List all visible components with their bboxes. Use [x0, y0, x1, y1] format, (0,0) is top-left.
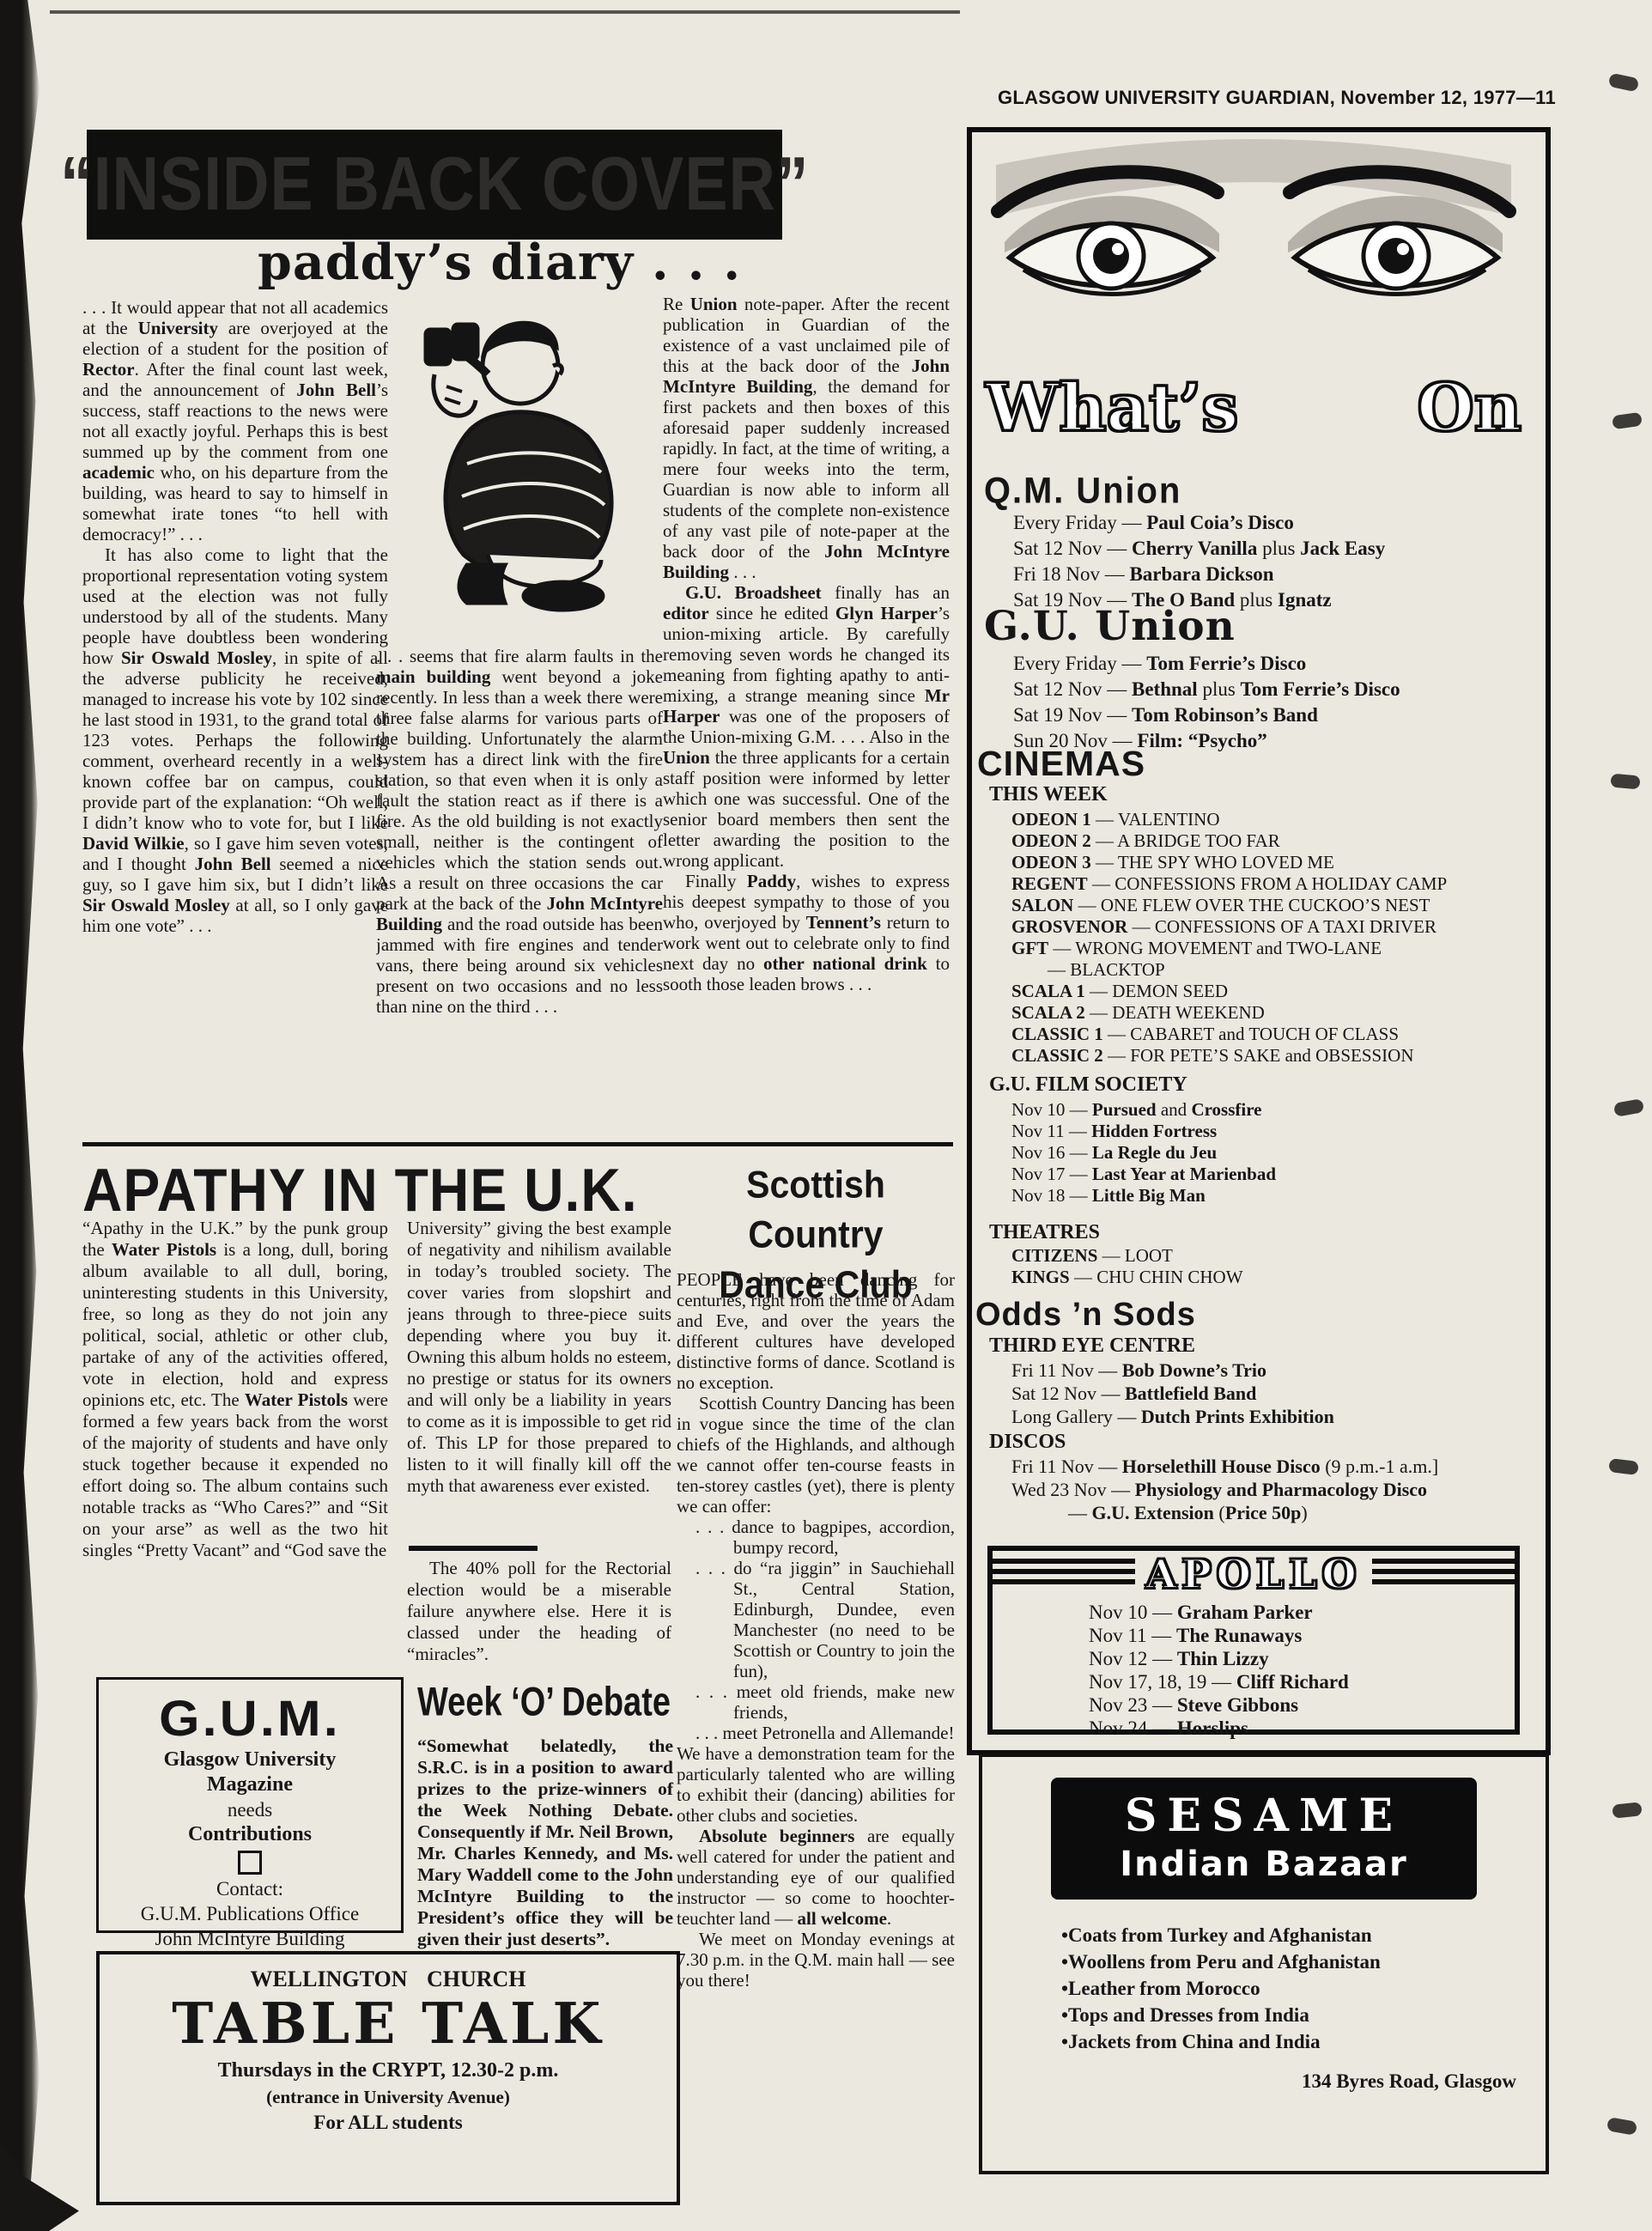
sesame-product-list: •Coats from Turkey and Afghanistan•Wooll… [982, 1922, 1546, 2055]
theatre-listing: CITIZENS — LOOT [1011, 1245, 1575, 1267]
article-paragraph: PEOPLE have been dancing for centuries, … [677, 1269, 955, 1393]
bullet-line: . . . meet old friends, make new friends… [677, 1681, 955, 1723]
table-talk-line: Thursdays in the CRYPT, 12.30-2 p.m. [100, 2056, 677, 2085]
concert-listing: Nov 23 — Steve Gibbons [1089, 1693, 1515, 1717]
cinema-listing: — BLACKTOP [1011, 959, 1575, 981]
gum-line: Contributions [99, 1822, 401, 1847]
scan-smudge [1612, 412, 1643, 430]
week-o-debate: Week ‘O’ Debate “Somewhat belatedly, the… [417, 1680, 673, 1950]
cinema-listing: GROSVENOR — CONFESSIONS OF A TAXI DRIVER [1011, 916, 1575, 938]
diary-paragraph: It has also come to light that the propo… [82, 544, 388, 936]
event-listing: Sat 12 Nov — Bethnal plus Tom Ferrie’s D… [1013, 677, 1576, 702]
event-listing: Every Friday — Tom Ferrie’s Disco [1013, 651, 1576, 677]
scan-smudge [1608, 73, 1640, 93]
whats-on-left: What’s [986, 369, 1238, 446]
gum-line: Glasgow University [99, 1748, 401, 1772]
newspaper-masthead: GLASGOW UNIVERSITY GUARDIAN, November 12… [903, 87, 1556, 109]
cinemas-heading: CINEMAS [977, 744, 1540, 784]
concert-listing: Nov 11 — The Runaways [1089, 1624, 1515, 1647]
diary-paragraph: Finally Paddy, wishes to express his dee… [663, 871, 950, 994]
gu-union-listings: Every Friday — Tom Ferrie’s DiscoSat 12 … [972, 651, 1576, 754]
dance-club-article: PEOPLE have been dancing for centuries, … [677, 1269, 955, 2224]
diary-paragraph: Re Union note-paper. After the recent pu… [663, 294, 950, 582]
concert-listing: Nov 12 — Thin Lizzy [1089, 1647, 1515, 1670]
film-society-heading: G.U. FILM SOCIETY [972, 1073, 1552, 1097]
eyes-illustration [979, 139, 1528, 366]
film-listing: Nov 16 — La Regle du Jeu [1011, 1142, 1575, 1164]
scan-edge-artifact [0, 0, 39, 2231]
bullet-line: . . . do “ra jiggin” in Sauchiehall St.,… [677, 1558, 955, 1681]
product-line: •Woollens from Peru and Afghanistan [1061, 1948, 1546, 1975]
apollo-banner: APOLLO [993, 1553, 1515, 1596]
cinema-listing: ODEON 3 — THE SPY WHO LOVED ME [1011, 852, 1575, 873]
diary-column-2: . . . seems that fire alarm faults in th… [376, 646, 663, 1142]
wellington-church-line: WELLINGTON CHURCH [100, 1967, 677, 1992]
theatres-heading: THEATRES [972, 1221, 1552, 1244]
cinema-listing: SCALA 2 — DEATH WEEKEND [1011, 1002, 1575, 1024]
product-line: •Jackets from China and India [1061, 2028, 1546, 2055]
inside-back-cover-banner: “INSIDE BACK COVER” [88, 131, 780, 238]
whats-on-right: On [1418, 369, 1521, 446]
bullet-line: . . . meet Petronella and Allemande! [677, 1723, 955, 1743]
gum-line: G.U.M. Publications Office [99, 1901, 401, 1926]
table-talk-box: WELLINGTON CHURCH TABLE TALK Thursdays i… [96, 1951, 680, 2205]
concert-listing: Nov 17, 18, 19 — Cliff Richard [1089, 1670, 1515, 1693]
event-listing: — G.U. Extension (Price 50p) [1011, 1501, 1575, 1524]
sesame-advert-box: SESAME Indian Bazaar •Coats from Turkey … [979, 1754, 1549, 2174]
event-listing: Sat 19 Nov — Tom Robinson’s Band [1013, 702, 1576, 728]
scan-smudge [1613, 1098, 1644, 1117]
theatre-listings: CITIZENS — LOOTKINGS — CHU CHIN CHOW [972, 1245, 1575, 1288]
third-eye-listings: Fri 11 Nov — Bob Downe’s TrioSat 12 Nov … [972, 1359, 1575, 1428]
event-listing: Sat 12 Nov — Cherry Vanilla plus Jack Ea… [1013, 536, 1576, 562]
table-talk-title: TABLE TALK [88, 1991, 689, 2058]
bullet-line: . . . dance to bagpipes, accordion, bump… [677, 1517, 955, 1558]
discos-heading: DISCOS [972, 1431, 1552, 1454]
scan-smudge [1612, 1802, 1642, 1818]
cinema-listing: REGENT — CONFESSIONS FROM A HOLIDAY CAMP [1011, 873, 1575, 895]
apollo-listings: Nov 10 — Graham ParkerNov 11 — The Runaw… [993, 1601, 1515, 1740]
checkbox-icon [238, 1851, 262, 1875]
film-listing: Nov 17 — Last Year at Marienbad [1011, 1164, 1575, 1185]
diary-paragraph: . . . seems that fire alarm faults in th… [376, 646, 663, 1017]
apathy-column-2b: The 40% poll for the Rectorial election … [407, 1558, 671, 1676]
product-line: •Tops and Dresses from India [1061, 2002, 1546, 2028]
scan-smudge [1606, 2117, 1637, 2136]
cinema-listing: ODEON 1 — VALENTINO [1011, 809, 1575, 830]
concert-listing: Nov 10 — Graham Parker [1089, 1601, 1515, 1624]
week-o-debate-heading: Week ‘O’ Debate [417, 1680, 673, 1726]
third-eye-centre-heading: THIRD EYE CENTRE [972, 1334, 1552, 1358]
this-week-subheading: THIS WEEK [972, 783, 1552, 806]
cinema-listing: GFT — WRONG MOVEMENT and TWO-LANE [1011, 938, 1575, 959]
apathy-column-2: University” giving the best example of n… [407, 1218, 671, 1542]
banner-stripes [1372, 1559, 1515, 1590]
apathy-column-1: “Apathy in the U.K.” by the punk group t… [82, 1218, 388, 1686]
week-o-debate-body: “Somewhat belatedly, the S.R.C. is in a … [417, 1736, 673, 1950]
article-paragraph: We meet on Monday evenings at 7.30 p.m. … [677, 1929, 955, 1991]
film-listing: Nov 10 — Pursued and Crossfire [1011, 1099, 1575, 1121]
cinema-listing: SALON — ONE FLEW OVER THE CUCKOO’S NEST [1011, 895, 1575, 916]
table-talk-line: For ALL students [100, 2109, 677, 2137]
apathy-headline: APATHY IN THE U.K. [82, 1156, 687, 1225]
diary-paragraph: G.U. Broadsheet finally has an editor si… [663, 582, 950, 871]
qm-union-heading: Q.M. Union [984, 471, 1558, 512]
article-paragraph: The 40% poll for the Rectorial election … [407, 1558, 671, 1665]
banner-title: “INSIDE BACK COVER” [60, 141, 810, 228]
sesame-logo-plate: SESAME Indian Bazaar [1051, 1778, 1477, 1900]
sesame-subtitle: Indian Bazaar [1120, 1842, 1408, 1887]
cinema-listings: ODEON 1 — VALENTINOODEON 2 — A BRIDGE TO… [972, 809, 1575, 1067]
event-listing: Sat 12 Nov — Battlefield Band [1011, 1382, 1575, 1405]
film-listing: Nov 18 — Little Big Man [1011, 1185, 1575, 1207]
event-listing: Every Friday — Paul Coia’s Disco [1013, 510, 1576, 536]
gum-line: Magazine [99, 1772, 401, 1797]
dance-club-heading-line1: Scottish Country [677, 1159, 955, 1260]
article-paragraph: We have a demonstration team for the par… [677, 1743, 955, 1826]
film-listing: Nov 11 — Hidden Fortress [1011, 1121, 1575, 1142]
whats-on-heading: What’s On [986, 369, 1521, 446]
sesame-address: 134 Byres Road, Glasgow [982, 2070, 1546, 2093]
diary-paragraph: . . . It would appear that not all acade… [82, 297, 388, 544]
scan-smudge [1608, 1458, 1639, 1475]
binoculars-man-cartoon [385, 292, 656, 632]
event-listing: Wed 23 Nov — Physiology and Pharmacology… [1011, 1478, 1575, 1501]
paddys-diary-heading: paddy’s diary . . . [258, 234, 824, 291]
article-paragraph: University” giving the best example of n… [407, 1218, 671, 1497]
cinema-listing: CLASSIC 1 — CABARET and TOUCH OF CLASS [1011, 1024, 1575, 1045]
article-paragraph: “Apathy in the U.K.” by the punk group t… [82, 1218, 388, 1561]
scan-top-edge [50, 10, 960, 14]
product-line: •Coats from Turkey and Afghanistan [1061, 1922, 1546, 1948]
section-divider [82, 1142, 953, 1146]
gum-title: G.U.M. [91, 1690, 409, 1748]
scan-smudge [1610, 774, 1640, 790]
qm-union-listings: Every Friday — Paul Coia’s DiscoSat 12 N… [972, 510, 1576, 613]
gum-advert-box: G.U.M. Glasgow University Magazine needs… [96, 1677, 404, 1933]
film-society-listings: Nov 10 — Pursued and CrossfireNov 11 — H… [972, 1099, 1575, 1207]
diary-column-3: Re Union note-paper. After the recent pu… [663, 294, 950, 1140]
cinema-listing: SCALA 1 — DEMON SEED [1011, 981, 1575, 1002]
apollo-box: APOLLO Nov 10 — Graham ParkerNov 11 — Th… [987, 1546, 1520, 1735]
banner-stripes [993, 1559, 1135, 1590]
diary-column-1: . . . It would appear that not all acade… [82, 297, 388, 1140]
article-paragraph: Scottish Country Dancing has been in vog… [677, 1393, 955, 1517]
event-listing: Fri 11 Nov — Bob Downe’s Trio [1011, 1359, 1575, 1382]
odds-n-sods-heading: Odds ’n Sods [975, 1297, 1539, 1334]
gum-line: John McIntyre Building [99, 1926, 401, 1951]
event-listing: Long Gallery — Dutch Prints Exhibition [1011, 1405, 1575, 1428]
whats-on-panel: What’s On Q.M. Union Every Friday — Paul… [967, 127, 1551, 1755]
sesame-title: SESAME [1125, 1790, 1403, 1842]
disco-listings: Fri 11 Nov — Horselethill House Disco (9… [972, 1455, 1575, 1524]
cinema-listing: CLASSIC 2 — FOR PETE’S SAKE and OBSESSIO… [1011, 1045, 1575, 1067]
apollo-title: APOLLO [1135, 1551, 1371, 1597]
gum-line: Contact: [99, 1876, 401, 1901]
gu-union-heading: G.U. Union [984, 603, 1547, 650]
concert-listing: Nov 24 — Horslips [1089, 1717, 1515, 1740]
paragraph-divider [409, 1546, 538, 1551]
product-line: •Leather from Morocco [1061, 1975, 1546, 2002]
article-paragraph: Absolute beginners are equally well cate… [677, 1826, 955, 1929]
cinema-listing: ODEON 2 — A BRIDGE TOO FAR [1011, 830, 1575, 852]
gum-line: needs [99, 1797, 401, 1822]
event-listing: Fri 11 Nov — Horselethill House Disco (9… [1011, 1455, 1575, 1478]
table-talk-line: (entrance in University Avenue) [100, 2085, 677, 2109]
theatre-listing: KINGS — CHU CHIN CHOW [1011, 1267, 1575, 1288]
event-listing: Fri 18 Nov — Barbara Dickson [1013, 562, 1576, 587]
